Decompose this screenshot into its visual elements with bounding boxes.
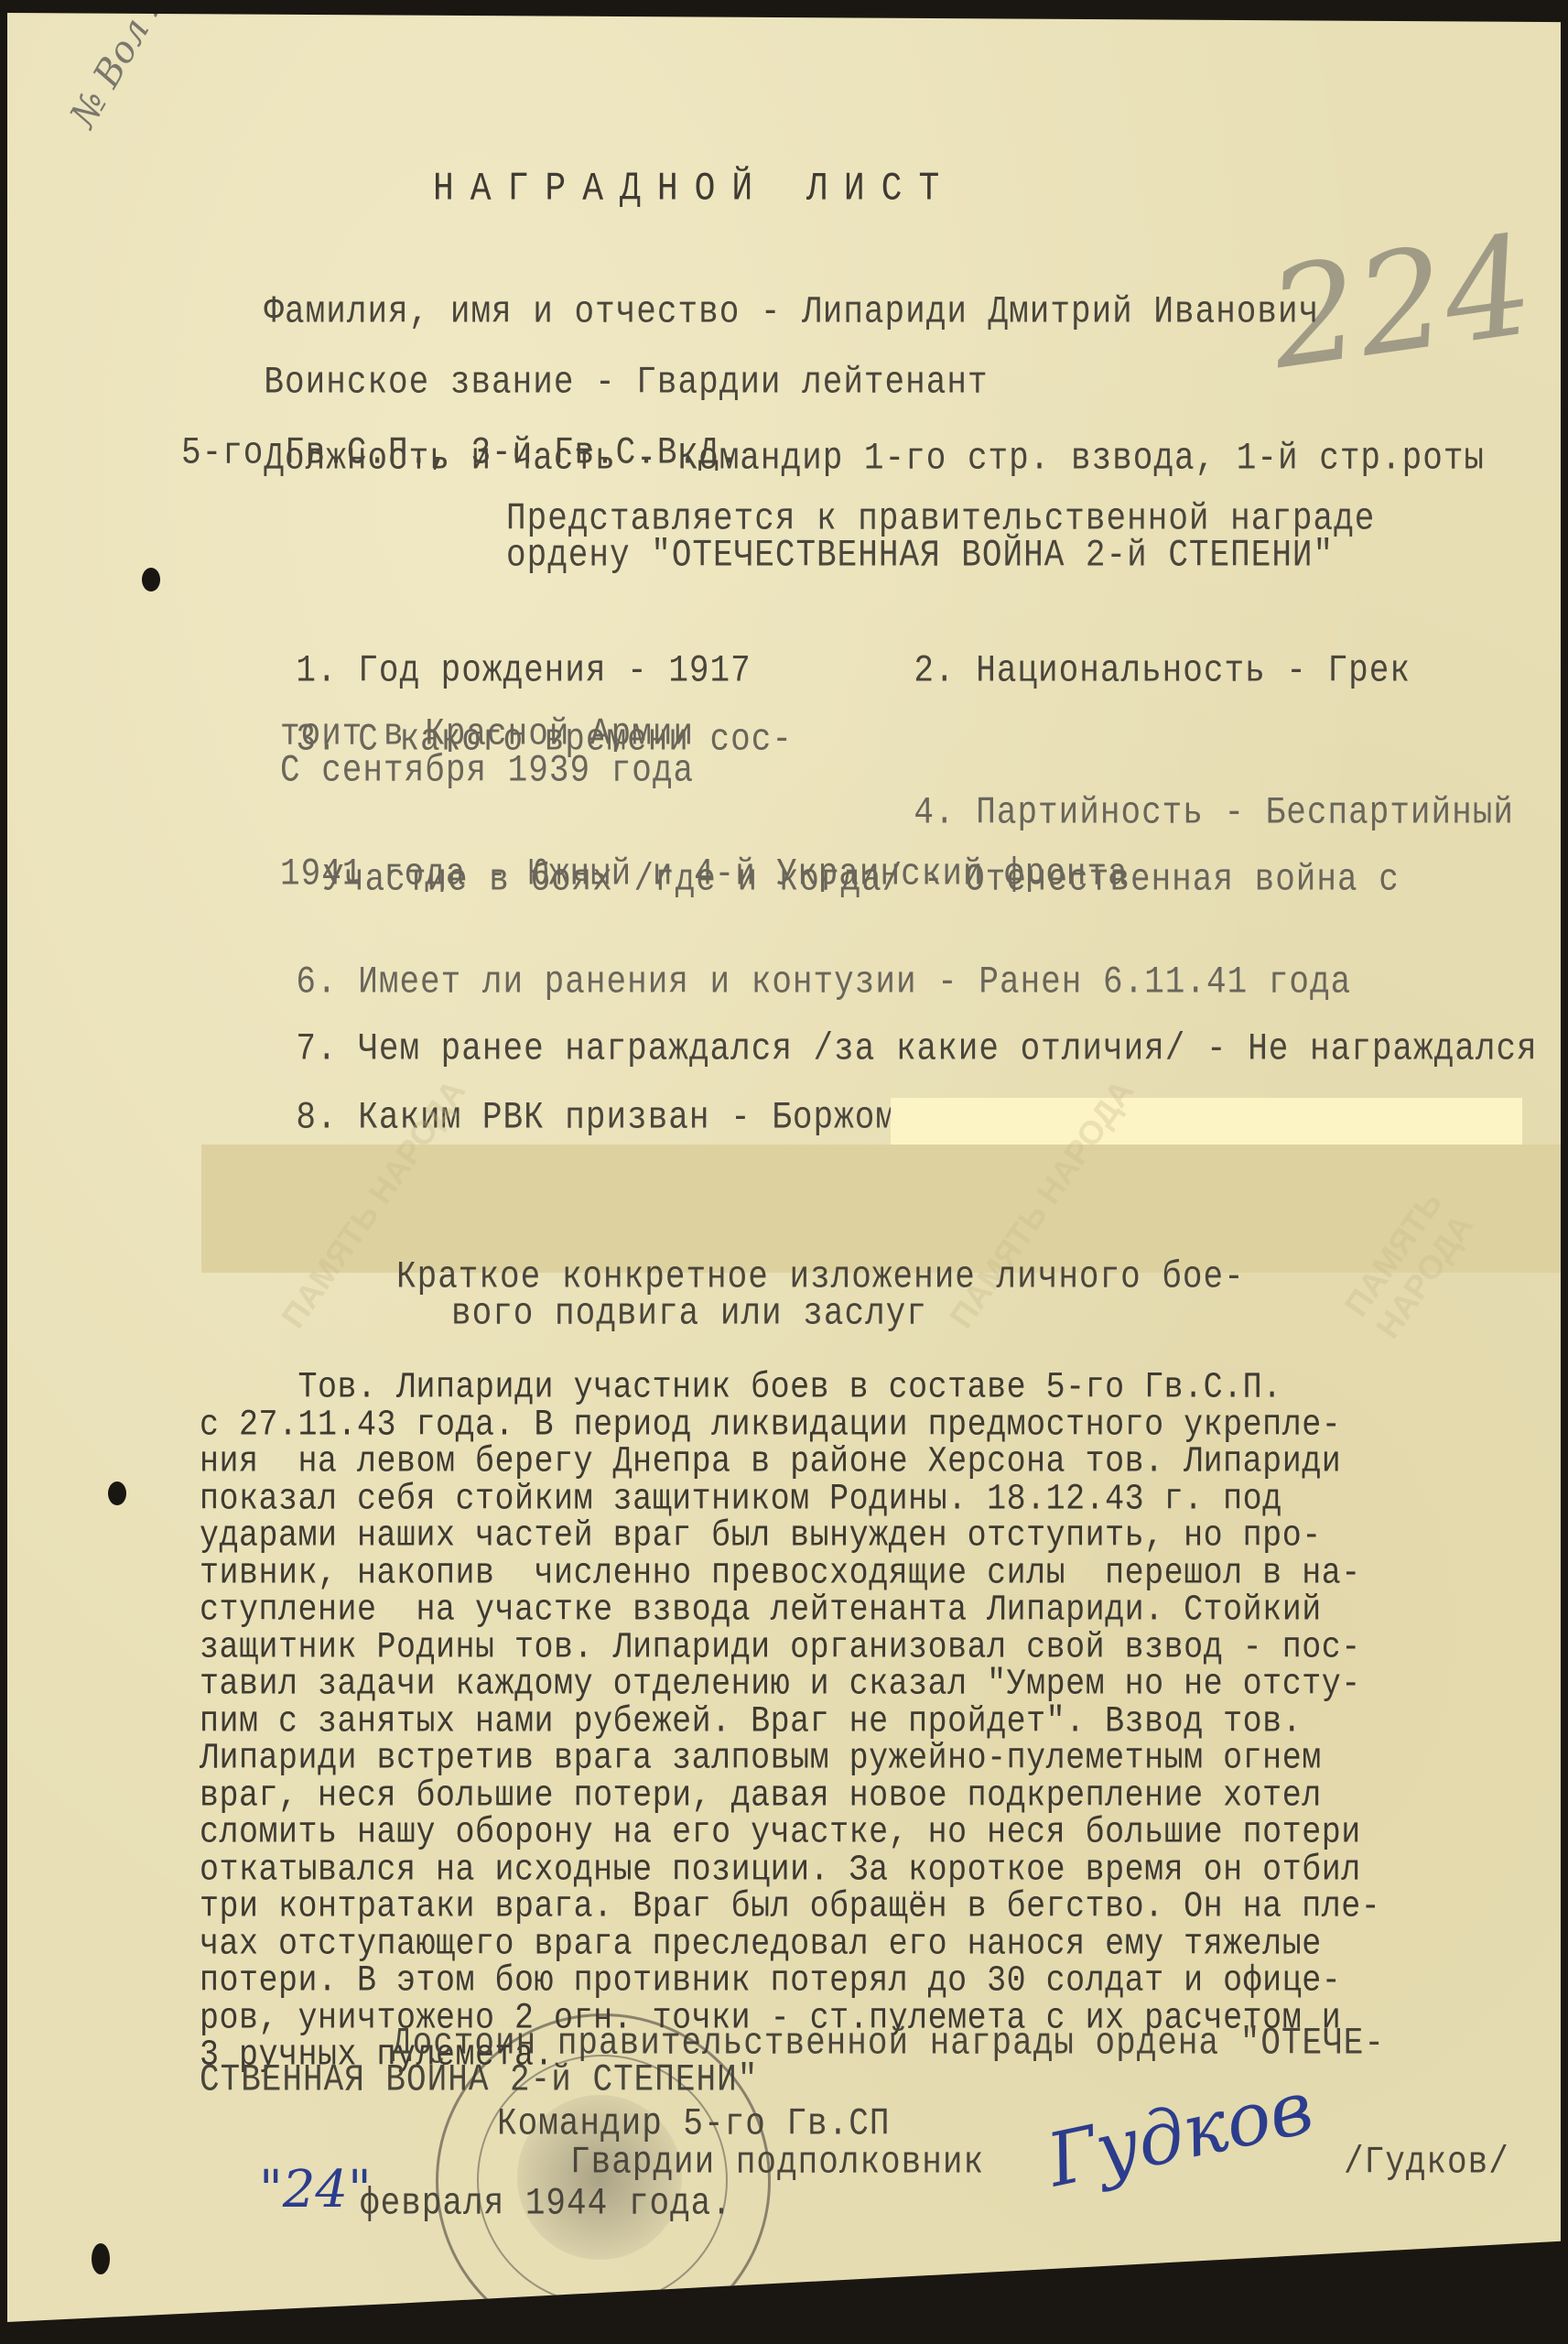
- summary-line: тавил задачи каждому отделению и сказал …: [200, 1663, 1380, 1706]
- punch-hole: [92, 2243, 110, 2274]
- item-3-value: С сентября 1939 года: [280, 750, 694, 792]
- award-sheet-page: № Вол 2–5 224 НАГРАДНОЙ ЛИСТ Фамилия, им…: [7, 13, 1561, 2322]
- position-value-line2: 5-го Гв.С.П., 3-й Гв.С.В.Д.: [181, 432, 740, 474]
- commander-rank: Гвардии подполковник: [570, 2142, 984, 2184]
- item-value: Грек: [1328, 649, 1411, 692]
- date-rest: февраля 1944 года.: [360, 2183, 732, 2225]
- signatory-name: /Гудков/: [1344, 2142, 1509, 2184]
- summary-line: Липариди встретив врага залповым ружейно…: [200, 1737, 1380, 1780]
- summary-line: Тов. Липариди участник боев в составе 5-…: [200, 1366, 1380, 1409]
- position-value-line1: Командир 1-го стр. взвода, 1-й стр.роты: [678, 437, 1486, 480]
- handwritten-signature: Гудков: [1041, 2065, 1321, 2204]
- pencil-corner-note: № Вол 2–5: [62, 0, 196, 135]
- summary-line: потери. В этом бою противник потерял до …: [200, 1959, 1380, 2002]
- punch-hole: [142, 568, 160, 591]
- summary-line: три контратаки врага. Враг был обращён в…: [200, 1885, 1380, 1928]
- summary-line: ударами наших частей враг был вынужден о…: [200, 1514, 1380, 1557]
- document-title: НАГРАДНОЙ ЛИСТ: [433, 168, 956, 211]
- summary-heading-line2: вого подвига или заслуг: [451, 1293, 927, 1335]
- item-2: 2. Национальность - Грек: [831, 608, 1411, 734]
- commander-line: Командир 5-го Гв.СП: [497, 2103, 890, 2145]
- award-line2: ордену "ОТЕЧЕСТВЕННАЯ ВОЙНА 2-й СТЕПЕНИ": [506, 535, 1334, 577]
- item-label: Национальность: [976, 649, 1265, 692]
- item-number: 2.: [914, 649, 955, 692]
- summary-line: ступление на участке взвода лейтенанта Л…: [200, 1589, 1380, 1632]
- punch-hole: [108, 1481, 126, 1505]
- summary-line: ния на левом берегу Днепра в районе Херс…: [200, 1440, 1380, 1483]
- summary-body: Тов. Липариди участник боев в составе 5-…: [200, 1366, 1380, 2071]
- item-5-value-line2: 1941 года - Южный и 4-й Украинский фронт…: [280, 853, 1129, 895]
- date-day-handwritten: "24": [259, 2160, 372, 2219]
- summary-line: сломить нашу оборону на его участке, но …: [200, 1811, 1380, 1854]
